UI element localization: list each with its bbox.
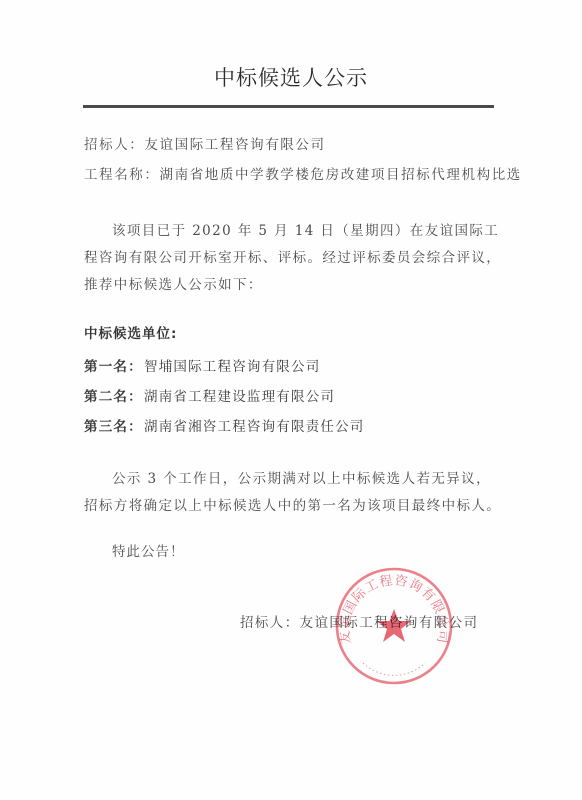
candidate-rank: 第一名： — [84, 355, 144, 375]
page-title: 中标候选人公示 — [0, 62, 582, 92]
notice-paragraph: 公示 3 个工作日，公示期满对以上中标候选人若无异议，招标方将确定以上中标候选人… — [84, 466, 504, 520]
candidate-rank: 第二名： — [84, 385, 144, 405]
closing-text: 特此公告！ — [112, 540, 185, 560]
candidate-row: 第一名：智埔国际工程咨询有限公司 — [84, 355, 320, 375]
candidate-name: 智埔国际工程咨询有限公司 — [144, 359, 320, 375]
document-page: 中标候选人公示 招标人：友谊国际工程咨询有限公司 工程名称：湖南省地质中学教学楼… — [0, 0, 582, 800]
candidate-row: 第二名：湖南省工程建设监理有限公司 — [84, 385, 335, 405]
candidate-name: 湖南省湘咨工程咨询有限责任公司 — [144, 419, 365, 435]
project-value: 湖南省地质中学教学楼危房改建项目招标代理机构比选 — [160, 167, 522, 183]
candidate-row: 第三名：湖南省湘咨工程咨询有限责任公司 — [84, 415, 365, 435]
tenderer-line: 招标人：友谊国际工程咨询有限公司 — [84, 133, 326, 153]
project-line: 工程名称：湖南省地质中学教学楼危房改建项目招标代理机构比选 — [84, 163, 522, 183]
intro-text: 该项目已于 2020 年 5 月 14 日（星期四）在友谊国际工程咨询有限公司开… — [84, 223, 501, 293]
company-seal-icon: 友谊国际工程咨询有限公司 — [333, 565, 455, 687]
title-divider — [83, 105, 494, 108]
signature-label: 招标人： — [240, 615, 300, 631]
candidate-name: 湖南省工程建设监理有限公司 — [144, 389, 335, 405]
candidates-heading: 中标候选单位: — [84, 322, 177, 342]
tenderer-label: 招标人： — [84, 137, 144, 153]
tenderer-value: 友谊国际工程咨询有限公司 — [144, 137, 325, 153]
project-label: 工程名称： — [84, 167, 160, 183]
intro-paragraph: 该项目已于 2020 年 5 月 14 日（星期四）在友谊国际工程咨询有限公司开… — [84, 218, 504, 299]
notice-text: 公示 3 个工作日，公示期满对以上中标候选人若无异议，招标方将确定以上中标候选人… — [84, 471, 501, 514]
candidate-rank: 第三名： — [84, 415, 144, 435]
